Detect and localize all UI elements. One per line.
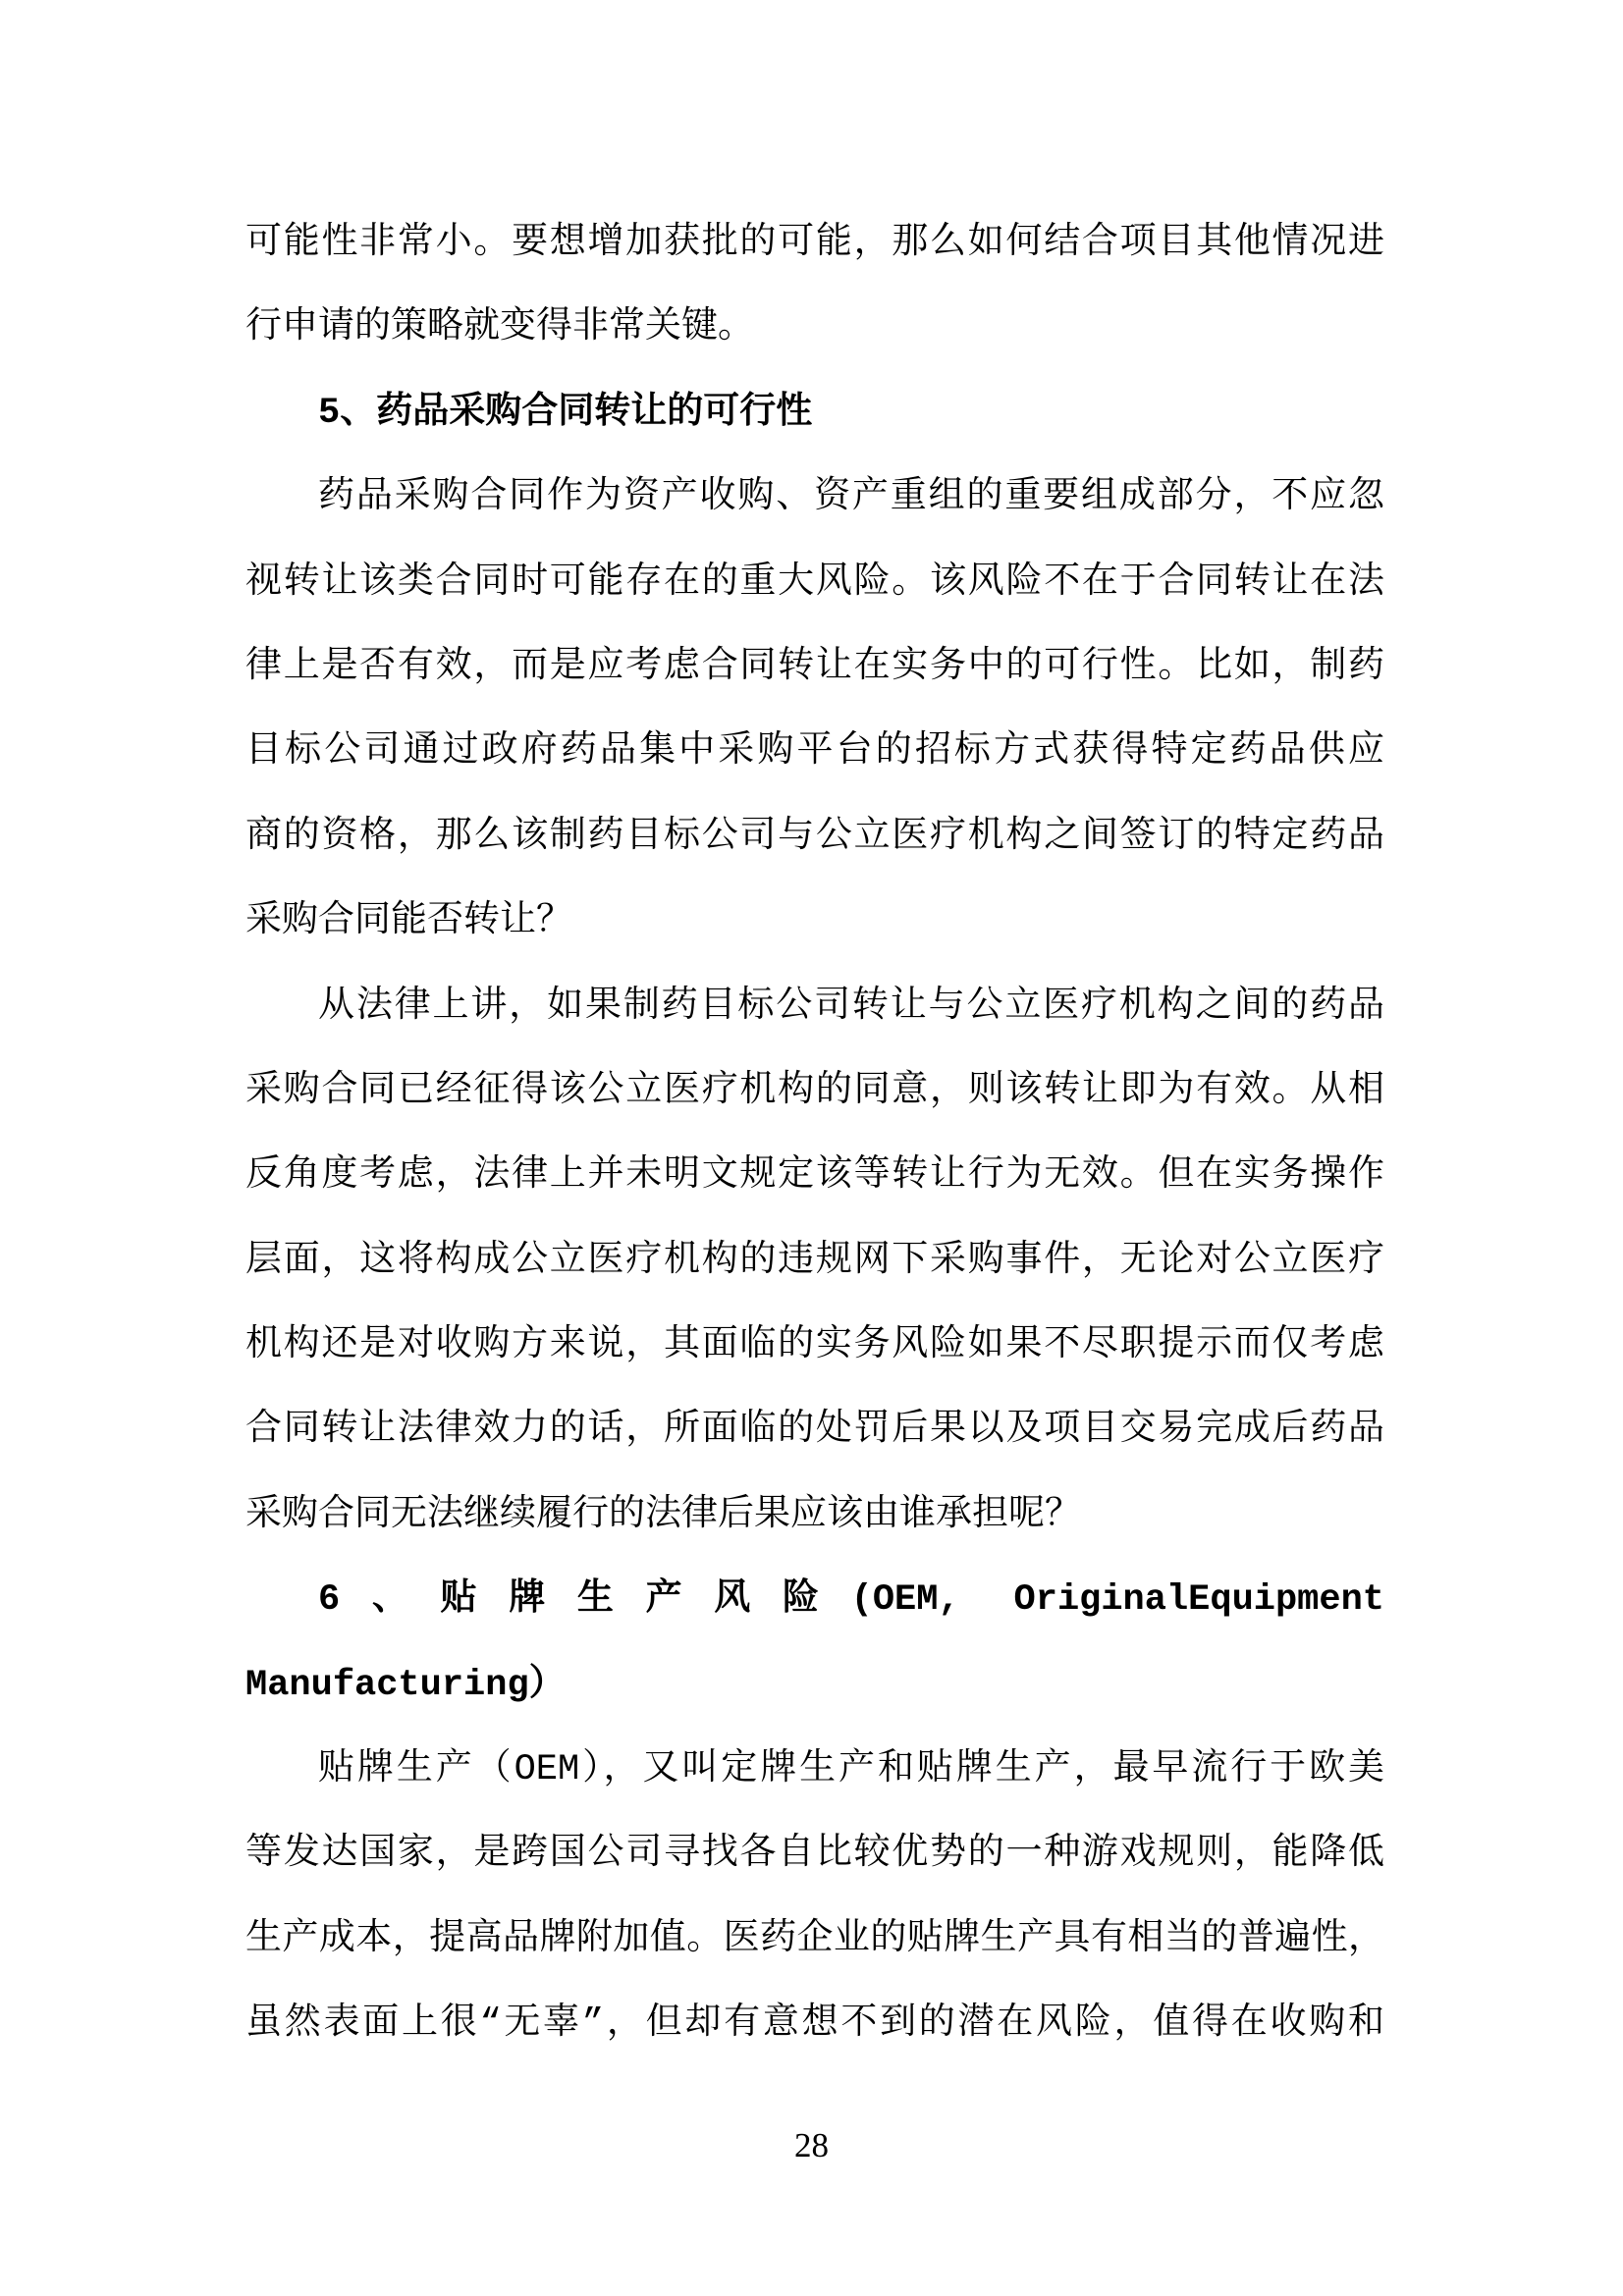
text-line: 层面，这将构成公立医疗机构的违规网下采购事件，无论对公立医疗 (245, 1219, 1384, 1304)
text-line: 采购合同已经征得该公立医疗机构的同意，则该转让即为有效。从相 (245, 1049, 1384, 1134)
section-heading-line: 6、贴牌生产风险(OEM, OriginalEquipment (245, 1558, 1384, 1642)
text-line: 律上是否有效，而是应考虑合同转让在实务中的可行性。比如，制药 (245, 625, 1384, 710)
text-line: 采购合同能否转让？ (245, 880, 1384, 964)
section-heading-line: 5、药品采购合同转让的可行性 (245, 371, 1384, 455)
document-page: 可能性非常小。要想增加获批的可能，那么如何结合项目其他情况进行申请的策略就变得非… (0, 0, 1623, 2296)
text-line: 机构还是对收购方来说，其面临的实务风险如果不尽职提示而仅考虑 (245, 1304, 1384, 1388)
page-body: 可能性非常小。要想增加获批的可能，那么如何结合项目其他情况进行申请的策略就变得非… (245, 201, 1384, 2067)
text-line: 目标公司通过政府药品集中采购平台的招标方式获得特定药品供应 (245, 710, 1384, 794)
text-line: 可能性非常小。要想增加获批的可能，那么如何结合项目其他情况进 (245, 201, 1384, 286)
text-line: 贴牌生产（OEM），又叫定牌生产和贴牌生产，最早流行于欧美 (245, 1728, 1384, 1812)
text-line: 采购合同无法继续履行的法律后果应该由谁承担呢？ (245, 1473, 1384, 1558)
text-line: 反角度考虑，法律上并未明文规定该等转让行为无效。但在实务操作 (245, 1134, 1384, 1218)
text-line: 视转让该类合同时可能存在的重大风险。该风险不在于合同转让在法 (245, 541, 1384, 625)
text-line: 等发达国家，是跨国公司寻找各自比较优势的一种游戏规则，能降低 (245, 1812, 1384, 1896)
page-number: 28 (0, 2120, 1623, 2171)
text-line: 生产成本，提高品牌附加值。医药企业的贴牌生产具有相当的普遍性， (245, 1897, 1384, 1982)
text-line: 从法律上讲，如果制药目标公司转让与公立医疗机构之间的药品 (245, 965, 1384, 1049)
text-line: 行申请的策略就变得非常关键。 (245, 286, 1384, 370)
text-line: 药品采购合同作为资产收购、资产重组的重要组成部分，不应忽 (245, 455, 1384, 540)
text-line: 商的资格，那么该制药目标公司与公立医疗机构之间签订的特定药品 (245, 795, 1384, 880)
text-line: 虽然表面上很“无辜”，但却有意想不到的潜在风险，值得在收购和 (245, 1982, 1384, 2066)
section-heading-line: Manufacturing） (245, 1643, 1384, 1728)
text-line: 合同转让法律效力的话，所面临的处罚后果以及项目交易完成后药品 (245, 1388, 1384, 1472)
